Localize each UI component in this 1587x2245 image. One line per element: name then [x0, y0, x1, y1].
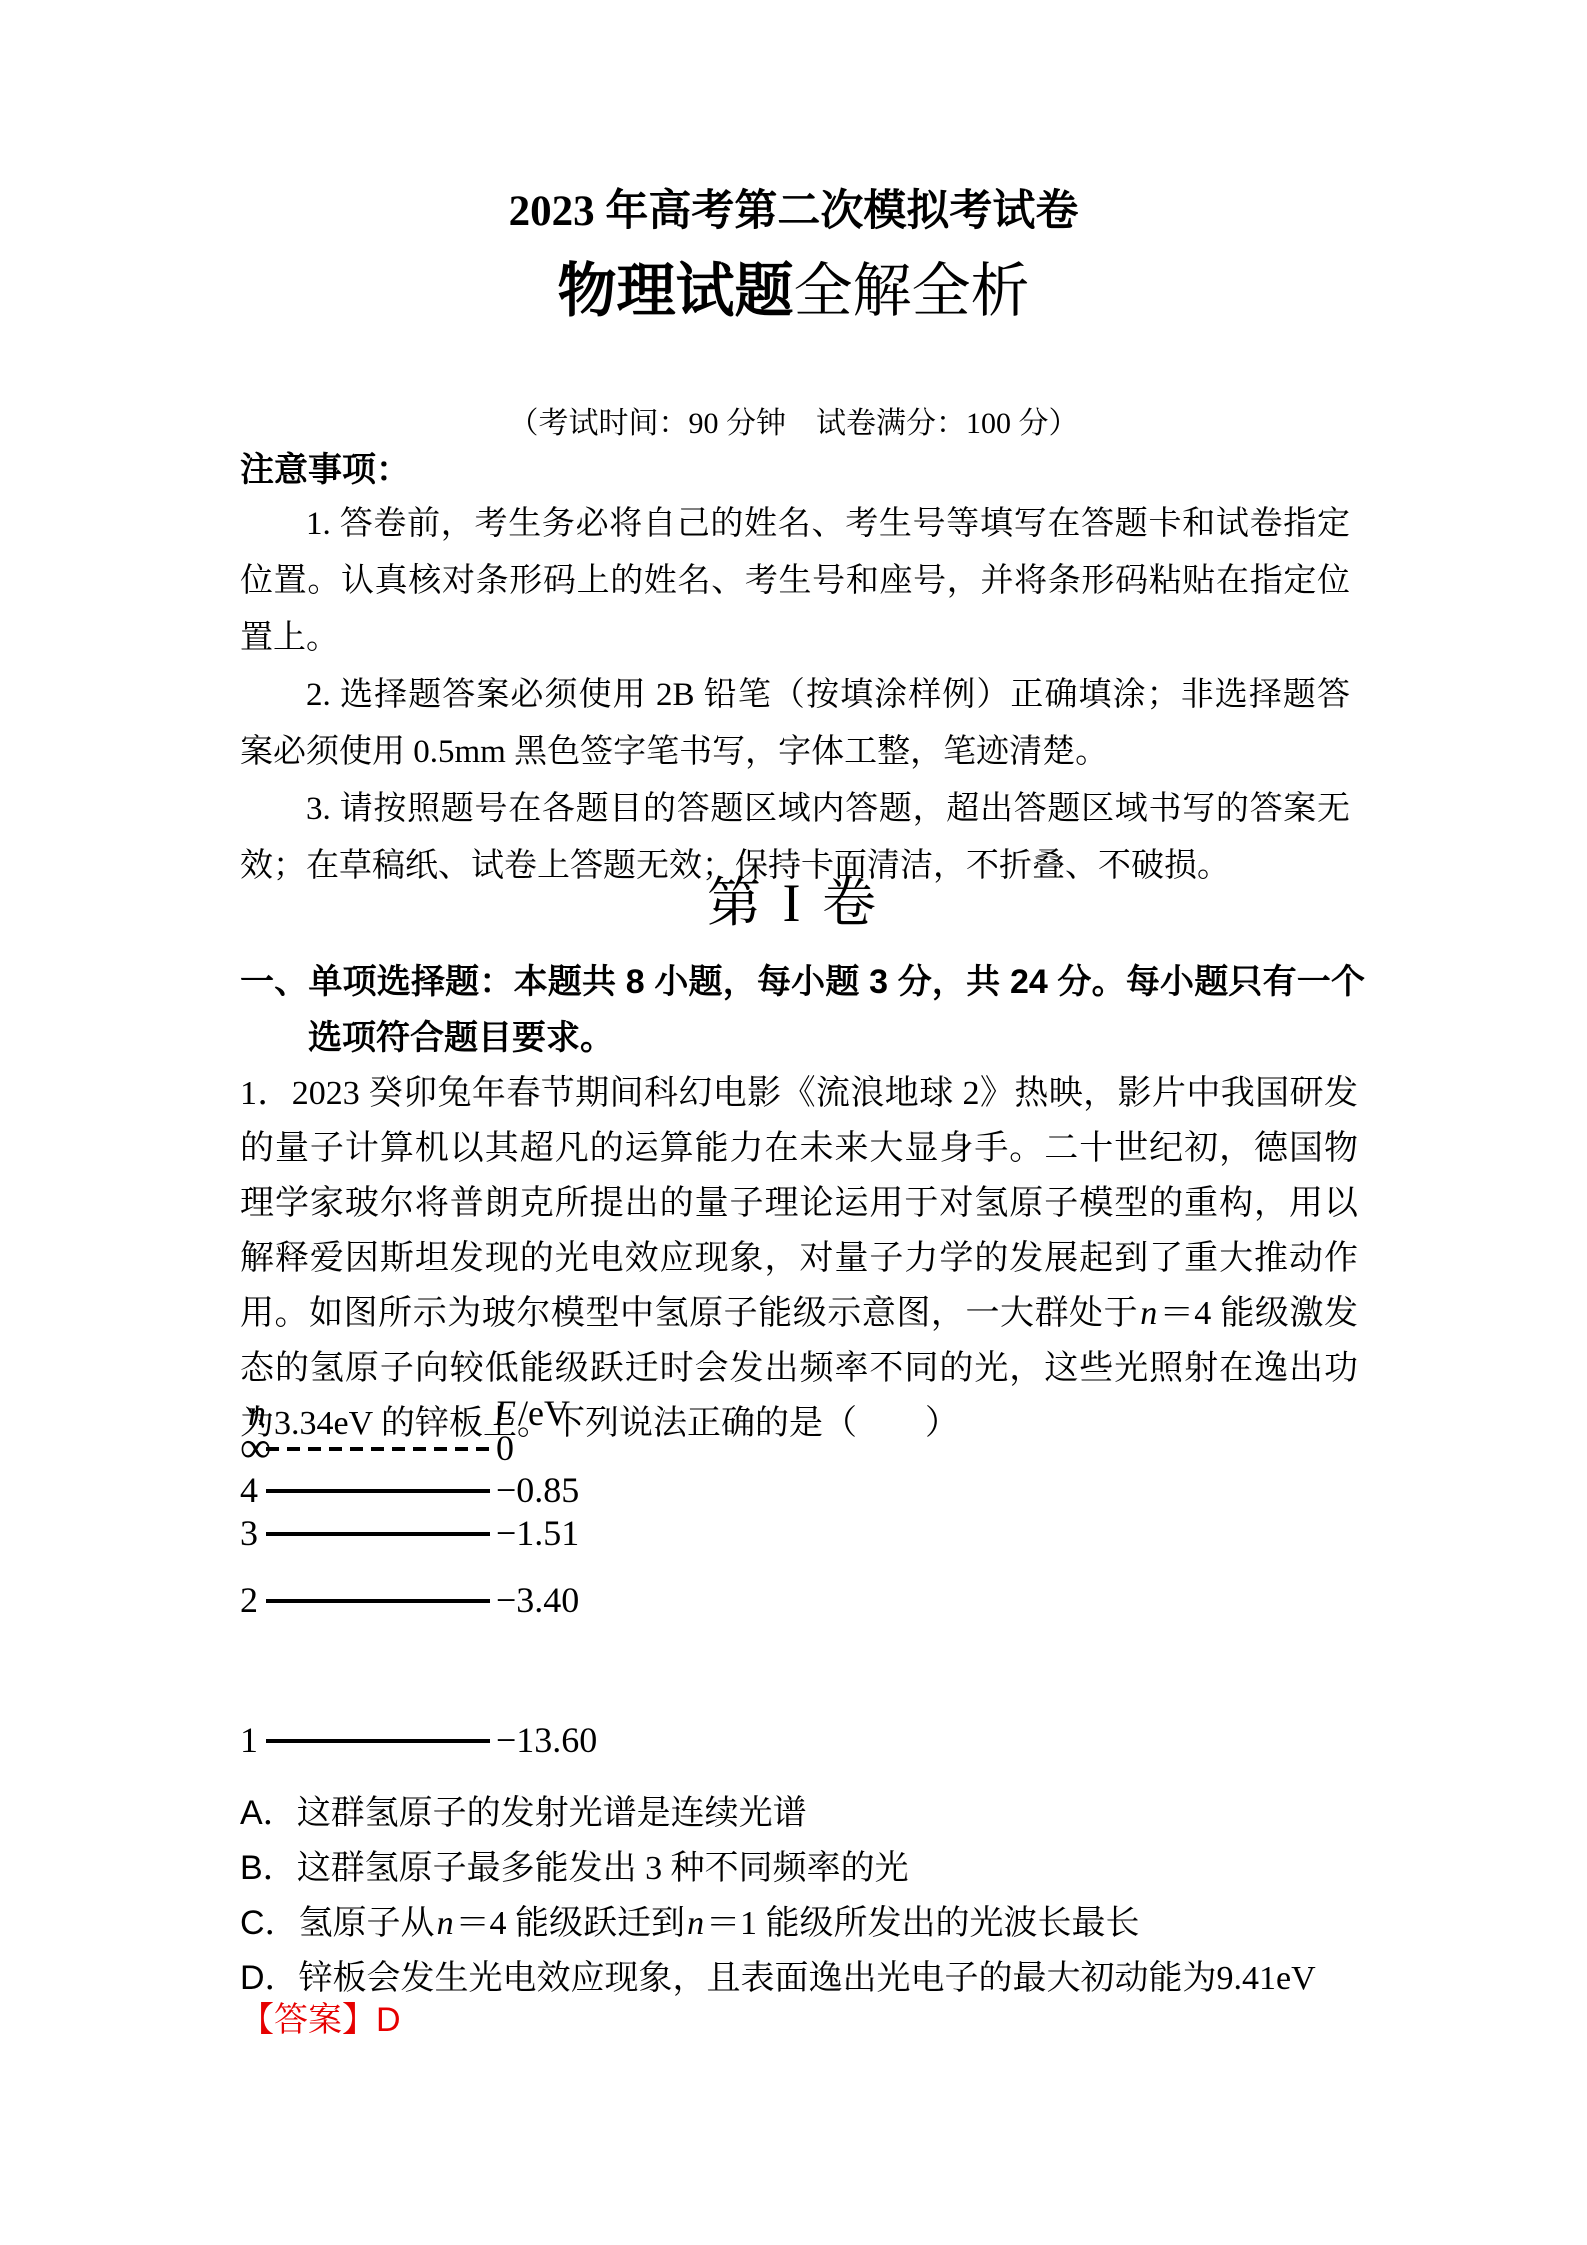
- answer-label: 【答案】: [240, 2002, 376, 2039]
- level-energy-value: −0.85: [496, 1469, 579, 1511]
- subject-title-strong: 物理试题: [557, 258, 793, 324]
- level-line-dashed: [266, 1447, 490, 1451]
- level-label: 3: [240, 1512, 266, 1554]
- option-a: A．这群氢原子的发射光谱是连续光谱: [240, 1786, 1365, 1841]
- notice-item-2: 2. 选择题答案必须使用 2B 铅笔（按填涂样例）正确填涂；非选择题答案必须使用…: [240, 667, 1350, 781]
- notice-item-1: 1. 答卷前，考生务必将自己的姓名、考生号等填写在答题卡和试卷指定位置。认真核对…: [240, 496, 1350, 667]
- subject-title-rest: 全解全析: [794, 258, 1030, 324]
- level-energy-value: −1.51: [496, 1512, 579, 1554]
- energy-level-diagram: n E/eV ∞ 0 4 −0.85 3 −1.51 2 −3.40 1 −13…: [240, 1392, 670, 1777]
- level-label: 4: [240, 1469, 266, 1511]
- part-one-heading: 第 I 卷: [0, 860, 1587, 937]
- answer-line: 【答案】D: [240, 2000, 401, 2042]
- notice-label: 注意事项：: [240, 442, 410, 491]
- energy-level-row-3: 3 −1.51: [240, 1506, 670, 1560]
- level-line: [266, 1489, 490, 1493]
- section-intro: 一、单项选择题：本题共 8 小题，每小题 3 分，共 24 分。每小题只有一个选…: [240, 954, 1365, 1066]
- energy-level-row-2: 2 −3.40: [240, 1573, 670, 1627]
- exam-info-line: （考试时间：90 分钟 试卷满分：100 分）: [0, 398, 1587, 442]
- level-energy-value: −3.40: [496, 1579, 579, 1621]
- level-label: 1: [240, 1719, 266, 1761]
- option-d: D．锌板会发生光电效应现象，且表面逸出光电子的最大初动能为9.41eV: [240, 1951, 1365, 2006]
- exam-page: 2023 年高考第二次模拟考试卷 物理试题全解全析 （考试时间：90 分钟 试卷…: [0, 0, 1587, 2245]
- subject-title: 物理试题全解全析: [0, 256, 1587, 327]
- level-energy-value: −13.60: [496, 1719, 597, 1761]
- option-list: A．这群氢原子的发射光谱是连续光谱 B．这群氢原子最多能发出 3 种不同频率的光…: [240, 1786, 1365, 2006]
- exam-title: 2023 年高考第二次模拟考试卷: [0, 186, 1587, 238]
- option-c: C．氢原子从n＝4 能级跃迁到n＝1 能级所发出的光波长最长: [240, 1896, 1365, 1951]
- level-label: ∞: [240, 1428, 266, 1468]
- energy-level-row-1: 1 −13.60: [240, 1713, 670, 1767]
- answer-value: D: [376, 2001, 401, 2039]
- level-label: 2: [240, 1579, 266, 1621]
- level-line: [266, 1532, 490, 1536]
- level-line: [266, 1739, 490, 1743]
- level-line: [266, 1599, 490, 1603]
- option-b: B．这群氢原子最多能发出 3 种不同频率的光: [240, 1841, 1365, 1896]
- notice-list: 1. 答卷前，考生务必将自己的姓名、考生号等填写在答题卡和试卷指定位置。认真核对…: [240, 496, 1350, 895]
